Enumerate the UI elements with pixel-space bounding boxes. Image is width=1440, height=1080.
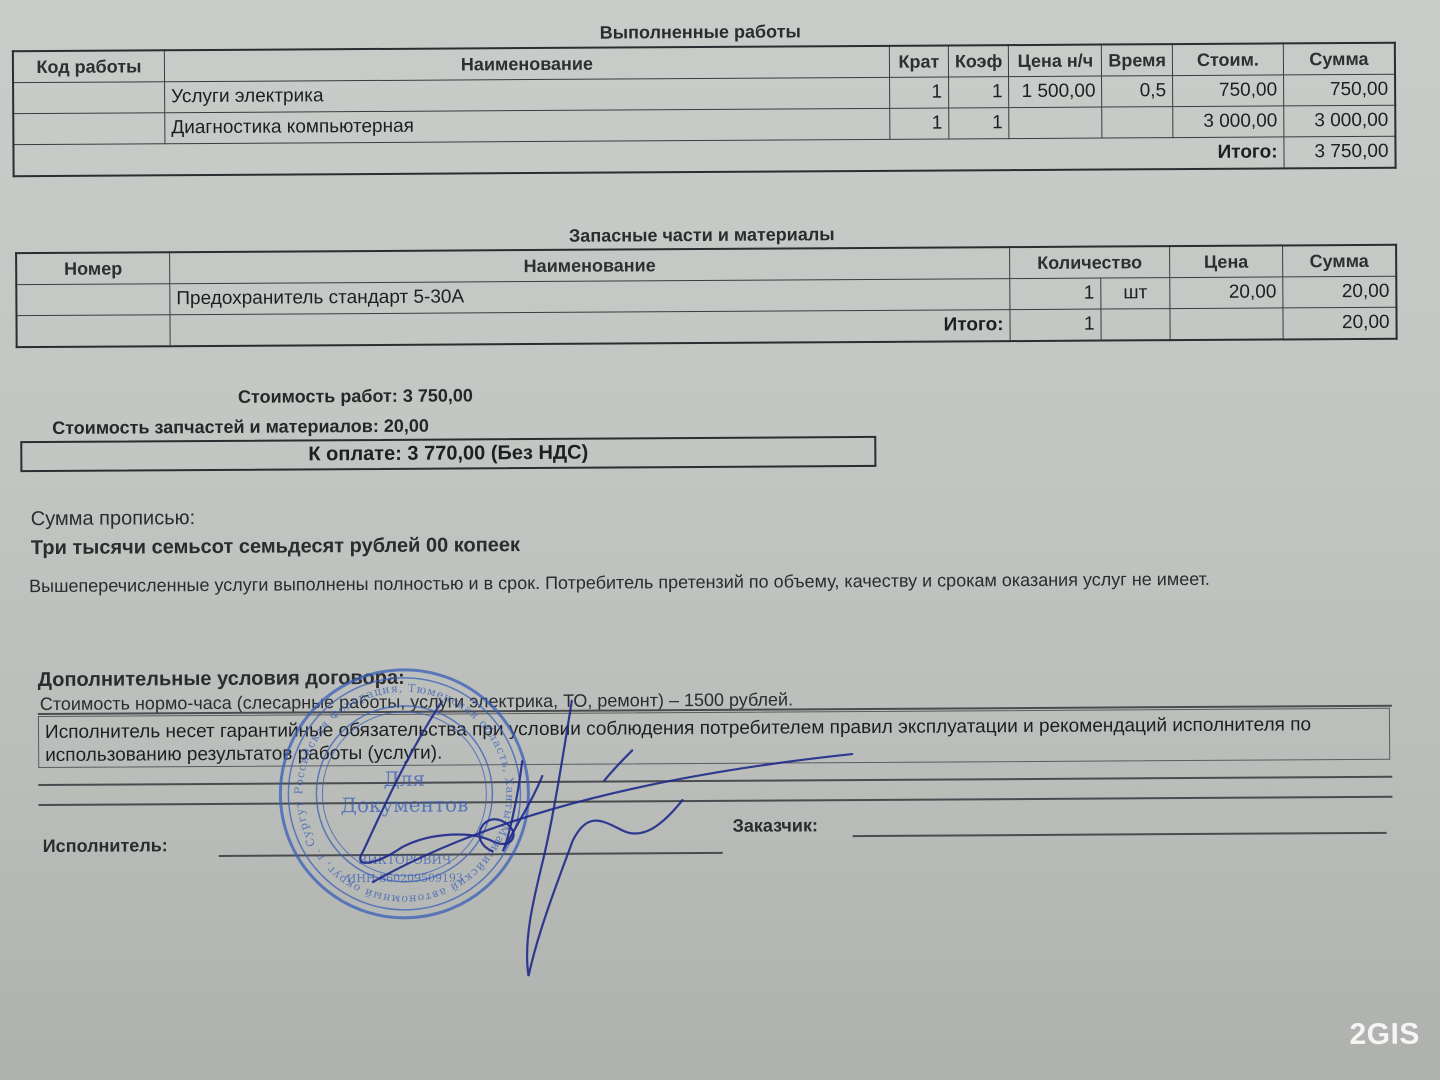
col-koef: Коэф [948, 45, 1009, 77]
works-table: Код работы Наименование Крат Коэф Цена н… [12, 42, 1397, 177]
works-total-label: Итого: [13, 137, 1284, 176]
cell-code [13, 82, 165, 114]
col-krat: Крат [889, 45, 948, 77]
document-page: Выполненные работы Код работы Наименован… [0, 0, 1440, 1080]
amount-words-label: Сумма прописью: [31, 507, 196, 531]
cell-empty [1101, 309, 1170, 341]
executor-label: Исполнитель: [43, 835, 168, 857]
cell-koef: 1 [949, 108, 1010, 139]
divider [38, 776, 1392, 786]
divider [38, 796, 1392, 806]
executor-signature-line [219, 852, 723, 857]
works-title: Выполненные работы [600, 21, 801, 43]
works-total-value: 3 750,00 [1284, 136, 1396, 168]
cell-price-hour: 1 500,00 [1009, 76, 1102, 108]
parts-table: Номер Наименование Количество Цена Сумма… [15, 244, 1398, 348]
2gis-watermark: 2GIS [1349, 1018, 1420, 1052]
cell-cost: 750,00 [1173, 75, 1284, 107]
col-code: Код работы [13, 50, 165, 82]
cell-sum: 20,00 [1283, 276, 1397, 308]
terms-heading: Дополнительные условия договора: [38, 667, 405, 692]
cell-name: Услуги электрика [165, 77, 890, 112]
cell-empty [16, 315, 170, 347]
amount-words-value: Три тысячи семьсот семьдесят рублей 00 к… [31, 534, 520, 560]
cell-number [16, 284, 170, 316]
to-pay-box: К оплате: 3 770,00 (Без НДС) [20, 436, 876, 472]
parts-cost-line: Стоимость запчастей и материалов: 20,00 [52, 416, 429, 439]
parts-total-label: Итого: [170, 310, 1010, 347]
col-number: Номер [16, 252, 170, 284]
col-sum: Сумма [1283, 43, 1395, 75]
cell-sum: 3 000,00 [1284, 105, 1396, 137]
cell-cost: 3 000,00 [1173, 106, 1284, 138]
completion-statement: Вышеперечисленные услуги выполнены полно… [29, 569, 1210, 597]
cell-koef: 1 [949, 77, 1010, 108]
cell-price-hour [1009, 107, 1102, 139]
col-name: Наименование [164, 46, 889, 82]
warranty-text: Исполнитель несет гарантийные обязательс… [38, 708, 1390, 768]
cell-name: Предохранитель стандарт 5-30А [170, 279, 1010, 315]
parts-total-qty: 1 [1010, 309, 1101, 341]
cell-krat: 1 [890, 77, 949, 108]
stamp-inn: ИНН 860209509193 [347, 871, 463, 885]
cell-name: Диагностика компьютерная [165, 108, 890, 143]
cell-price: 20,00 [1170, 277, 1283, 309]
stamp-center-2: Документов [341, 792, 469, 817]
parts-total-sum: 20,00 [1283, 307, 1397, 339]
cell-krat: 1 [890, 108, 949, 139]
works-cost-line: Стоимость работ: 3 750,00 [238, 385, 473, 407]
cell-time: 0,5 [1102, 76, 1173, 107]
col-cost: Стоим. [1172, 43, 1283, 75]
cell-code [13, 113, 165, 145]
cell-qty: 1 [1010, 278, 1101, 310]
cell-unit: шт [1101, 278, 1170, 309]
col-price: Цена [1170, 245, 1283, 277]
col-price-hour: Цена н/ч [1009, 45, 1102, 77]
customer-signature-line [853, 832, 1387, 837]
cell-empty [1170, 308, 1283, 340]
col-sum: Сумма [1283, 245, 1397, 277]
stamp-center-1: Для [383, 767, 425, 791]
col-qty: Количество [1010, 246, 1170, 278]
col-name: Наименование [170, 247, 1010, 284]
col-time: Время [1102, 44, 1173, 76]
cell-time [1102, 107, 1173, 138]
cell-sum: 750,00 [1284, 74, 1396, 106]
customer-label: Заказчик: [733, 815, 818, 837]
parts-title: Запасные части и материалы [569, 224, 835, 247]
